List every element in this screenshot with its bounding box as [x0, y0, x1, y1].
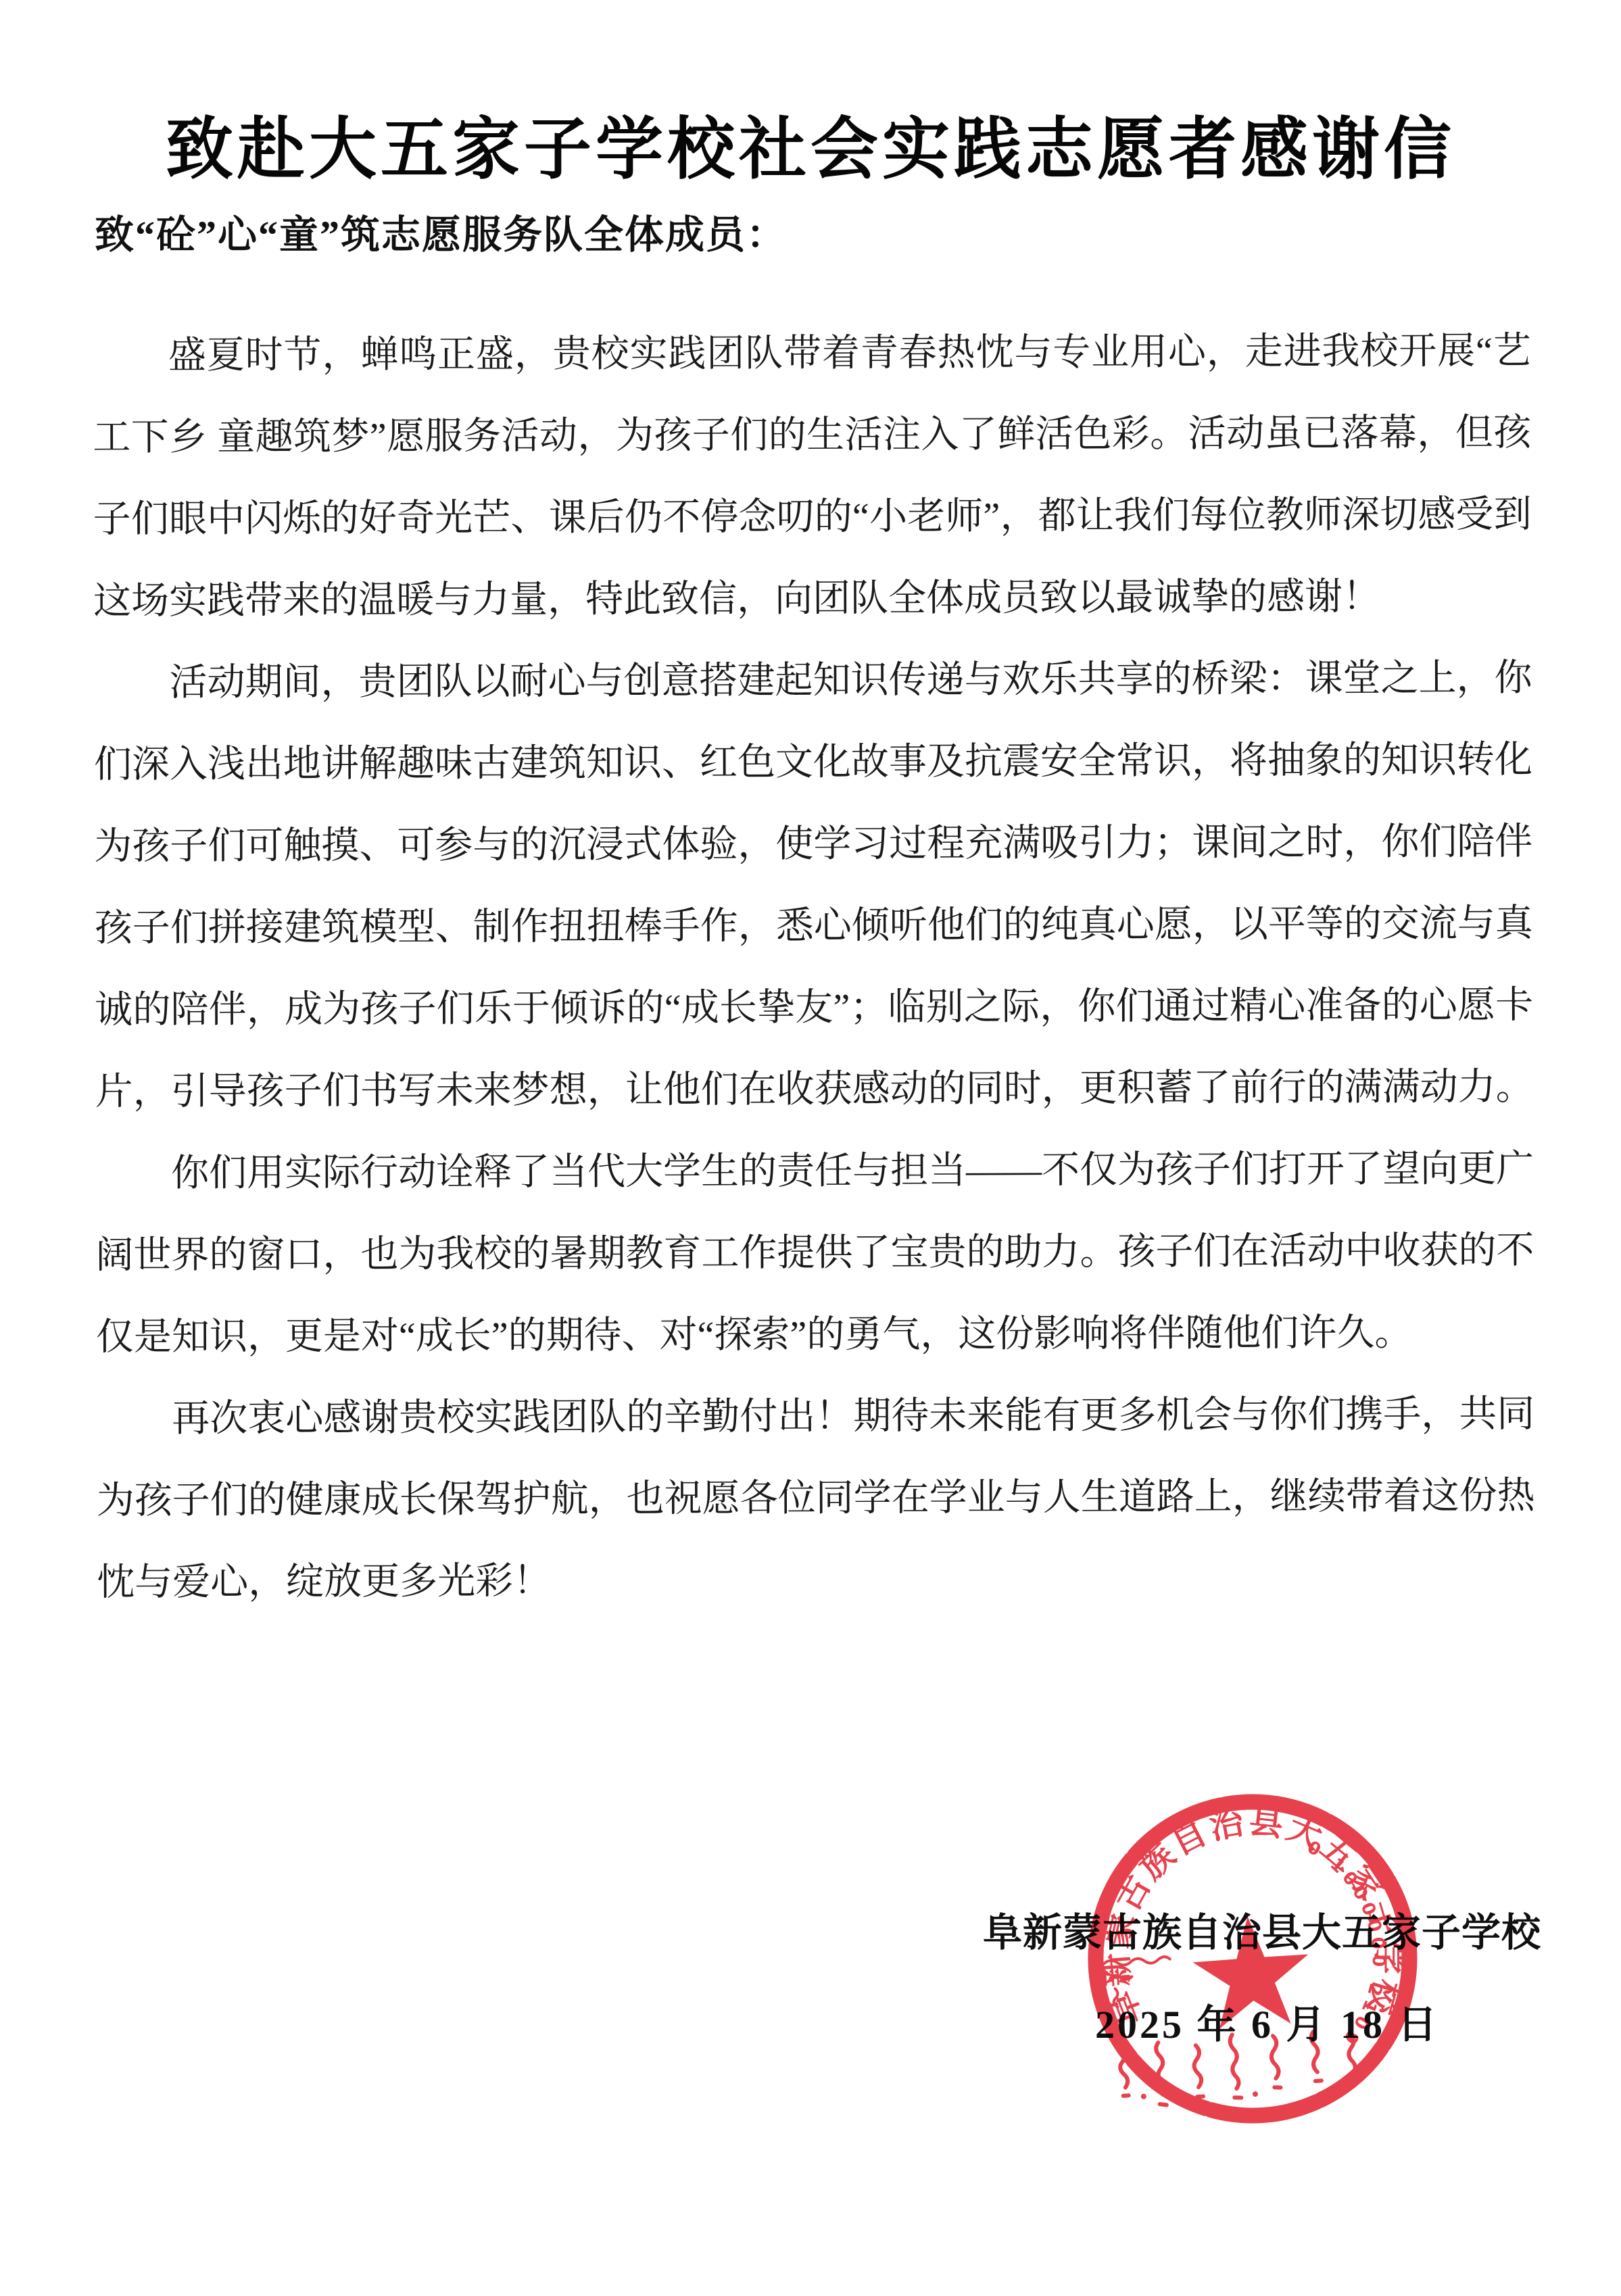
letter-title: 致赴大五家子学校社会实践志愿者感谢信: [0, 95, 1621, 192]
official-school-seal: 阜新蒙古族自治县大五家子学校 0 1000000 2109: [1070, 1776, 1435, 2141]
seal-star-icon: [1190, 1912, 1313, 2030]
paragraph-3: 你们用实际行动诠释了当代大学生的责任与担当——不仅为孩子们打开了望向更广阔世界的…: [95, 1128, 1534, 1378]
letter-page: 致赴大五家子学校社会实践志愿者感谢信 致“砼”心“童”筑志愿服务队全体成员： 盛…: [0, 0, 1621, 2296]
paragraph-1: 盛夏时节，蝉鸣正盛，贵校实践团队带着青春热忱与专业用心，走进我校开展“艺工下乡 …: [93, 310, 1532, 642]
paragraph-2: 活动期间，贵团队以耐心与创意搭建起知识传递与欢乐共享的桥梁：课堂之上，你们深入浅…: [93, 637, 1534, 1133]
letter-body: 盛夏时节，蝉鸣正盛，贵校实践团队带着青春热忱与专业用心，走进我校开展“艺工下乡 …: [93, 310, 1536, 1623]
salutation: 致“砼”心“童”筑志愿服务队全体成员：: [95, 203, 787, 260]
paragraph-4: 再次衷心感谢贵校实践团队的辛勤付出！期待未来能有更多机会与你们携手，共同为孩子们…: [96, 1373, 1535, 1623]
